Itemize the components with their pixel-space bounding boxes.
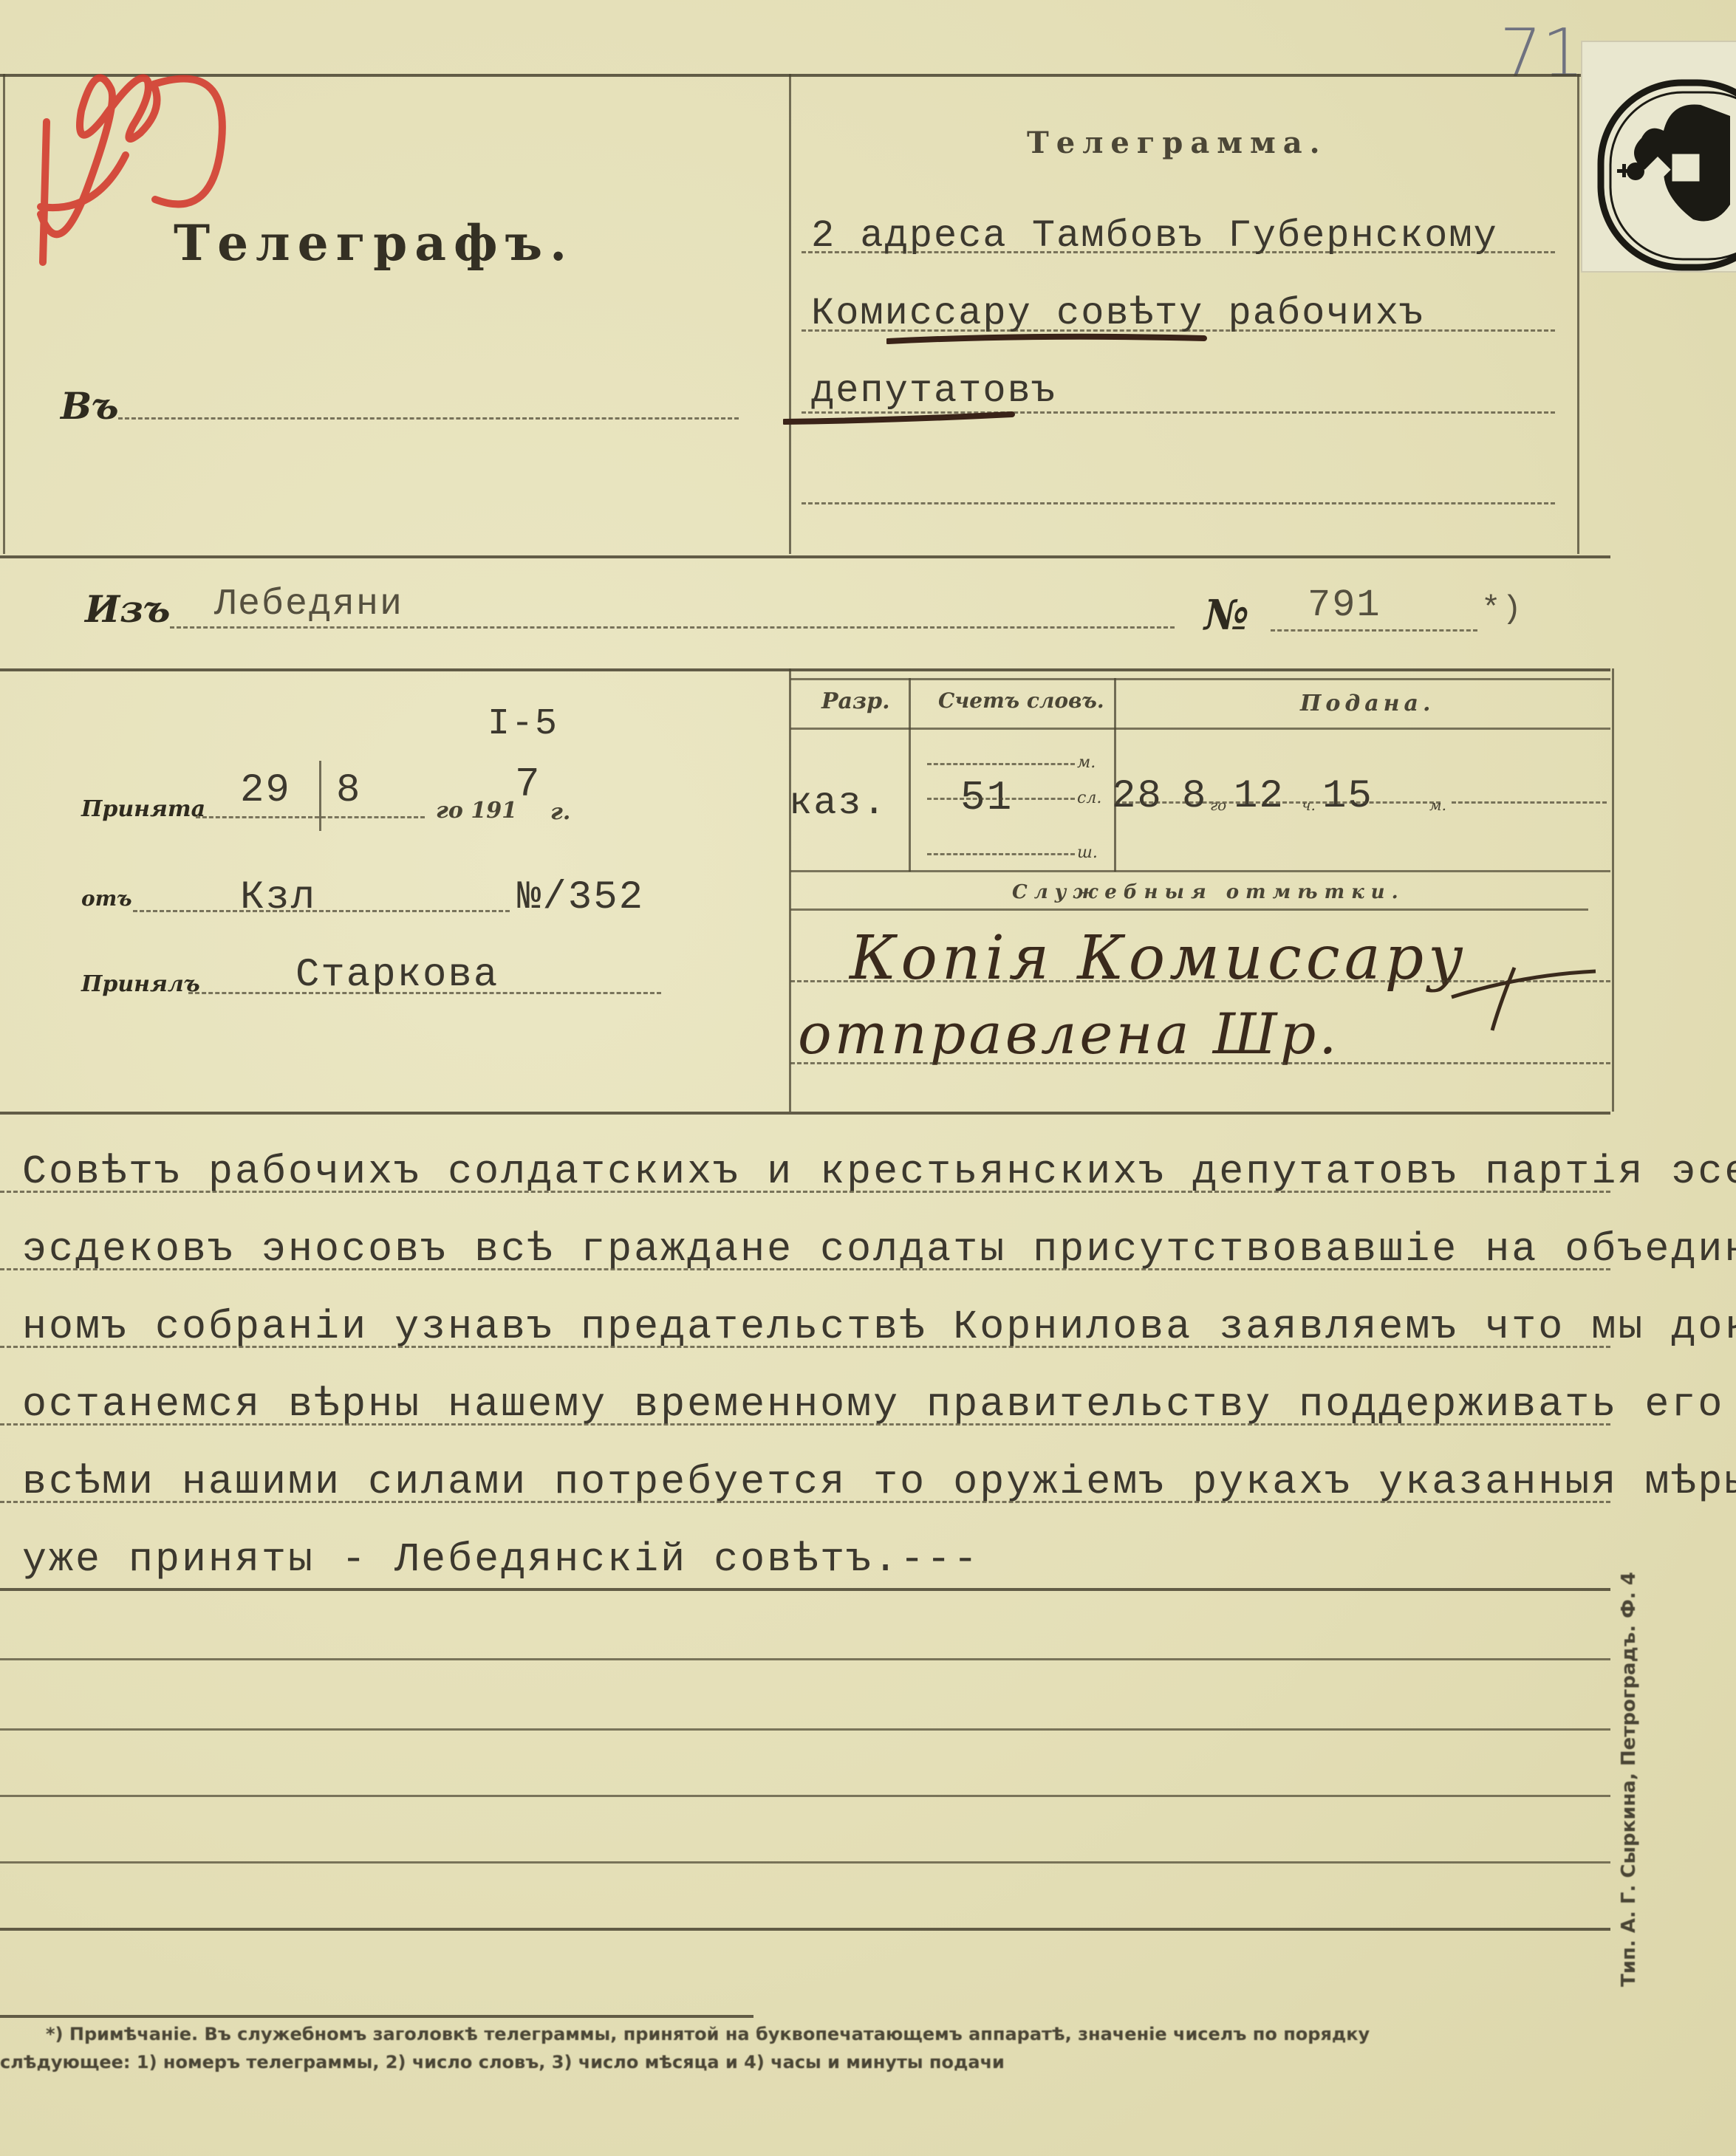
accepted-by-name: Старкова	[295, 953, 499, 998]
service-notes-label: Служебныя отмѣтки.	[1012, 881, 1405, 903]
telegram-title: Телеграмма.	[1027, 126, 1327, 160]
header-word-count: Счетъ словъ.	[938, 688, 1104, 713]
double-headed-eagle-icon	[1582, 42, 1736, 271]
handwriting-flourish	[1448, 945, 1610, 1034]
filed-minute: 15	[1322, 774, 1373, 819]
accepted-label: Принята	[81, 796, 205, 822]
year-suffix: 7	[515, 761, 541, 808]
to-label: Въ	[61, 384, 119, 428]
footnote-line-1: *) Примѣчаніе. Въ служебномъ заголовкѣ т…	[46, 2024, 1370, 2044]
from-station-label: отъ	[81, 886, 132, 911]
word-unit-top: м.	[1077, 753, 1096, 772]
year-end: г.	[550, 799, 570, 825]
message-line: Совѣтъ рабочихъ солдатскихъ и крестьянск…	[22, 1149, 1736, 1195]
from-label: Изъ	[85, 587, 171, 631]
imperial-stamp	[1581, 41, 1736, 273]
accepted-day: 29	[240, 768, 291, 813]
category-value: каз.	[789, 781, 887, 825]
accepted-month: 8	[336, 768, 361, 813]
service-note-handwritten-2: отправлена Шр.	[798, 1001, 1339, 1067]
message-line: эсдековъ эносовъ всѣ граждане солдаты пр…	[22, 1226, 1736, 1273]
message-line: останемся вѣрны нашему временному правит…	[22, 1381, 1724, 1428]
from-station-number: №/352	[517, 875, 644, 920]
from-station-value: Кзл	[240, 875, 316, 920]
message-line: уже приняты - Лебедянскій совѣтъ.---	[22, 1536, 980, 1583]
footnote-mark: *)	[1481, 591, 1523, 628]
filed-minute-label: м.	[1429, 796, 1446, 814]
ink-underline-2	[783, 410, 1019, 428]
accepted-by-label: Принялъ	[81, 971, 200, 997]
message-line: номъ собраніи узнавъ предательствѣ Корни…	[22, 1304, 1736, 1350]
telegram-number: 791	[1308, 584, 1381, 627]
red-pencil-mark-icon	[37, 44, 406, 281]
header-category: Разр.	[821, 688, 890, 714]
number-label: №	[1204, 591, 1249, 640]
from-place: Лебедяни	[214, 584, 403, 626]
year-label: го 191	[436, 798, 517, 824]
service-note-handwritten-1: Копія Комиссару	[850, 923, 1468, 993]
word-unit-mid: сл.	[1077, 789, 1101, 807]
word-unit-bottom: ш.	[1077, 843, 1098, 862]
filed-day: 28	[1112, 774, 1163, 819]
filed-month: 8	[1182, 774, 1207, 819]
printer-imprint: Тип. А. Г. Сыркина, Петроградъ. Ф. 4	[1618, 1572, 1640, 1987]
footnote-line-2: слѣдующее: 1) номеръ телеграммы, 2) числ…	[0, 2052, 1005, 2073]
message-line: всѣми нашими силами потребуется то оружі…	[22, 1459, 1736, 1505]
ink-underline-1	[886, 332, 1212, 347]
line-code: I-5	[488, 703, 558, 745]
filed-hour: 12	[1234, 774, 1285, 819]
filed-hour-label: ч.	[1302, 796, 1316, 814]
filed-day-label: го	[1210, 796, 1226, 814]
address-line-3: депутатовъ	[811, 369, 1056, 413]
pencil-archive-mark: 71	[1500, 15, 1585, 92]
header-filed: Подана.	[1300, 691, 1435, 716]
